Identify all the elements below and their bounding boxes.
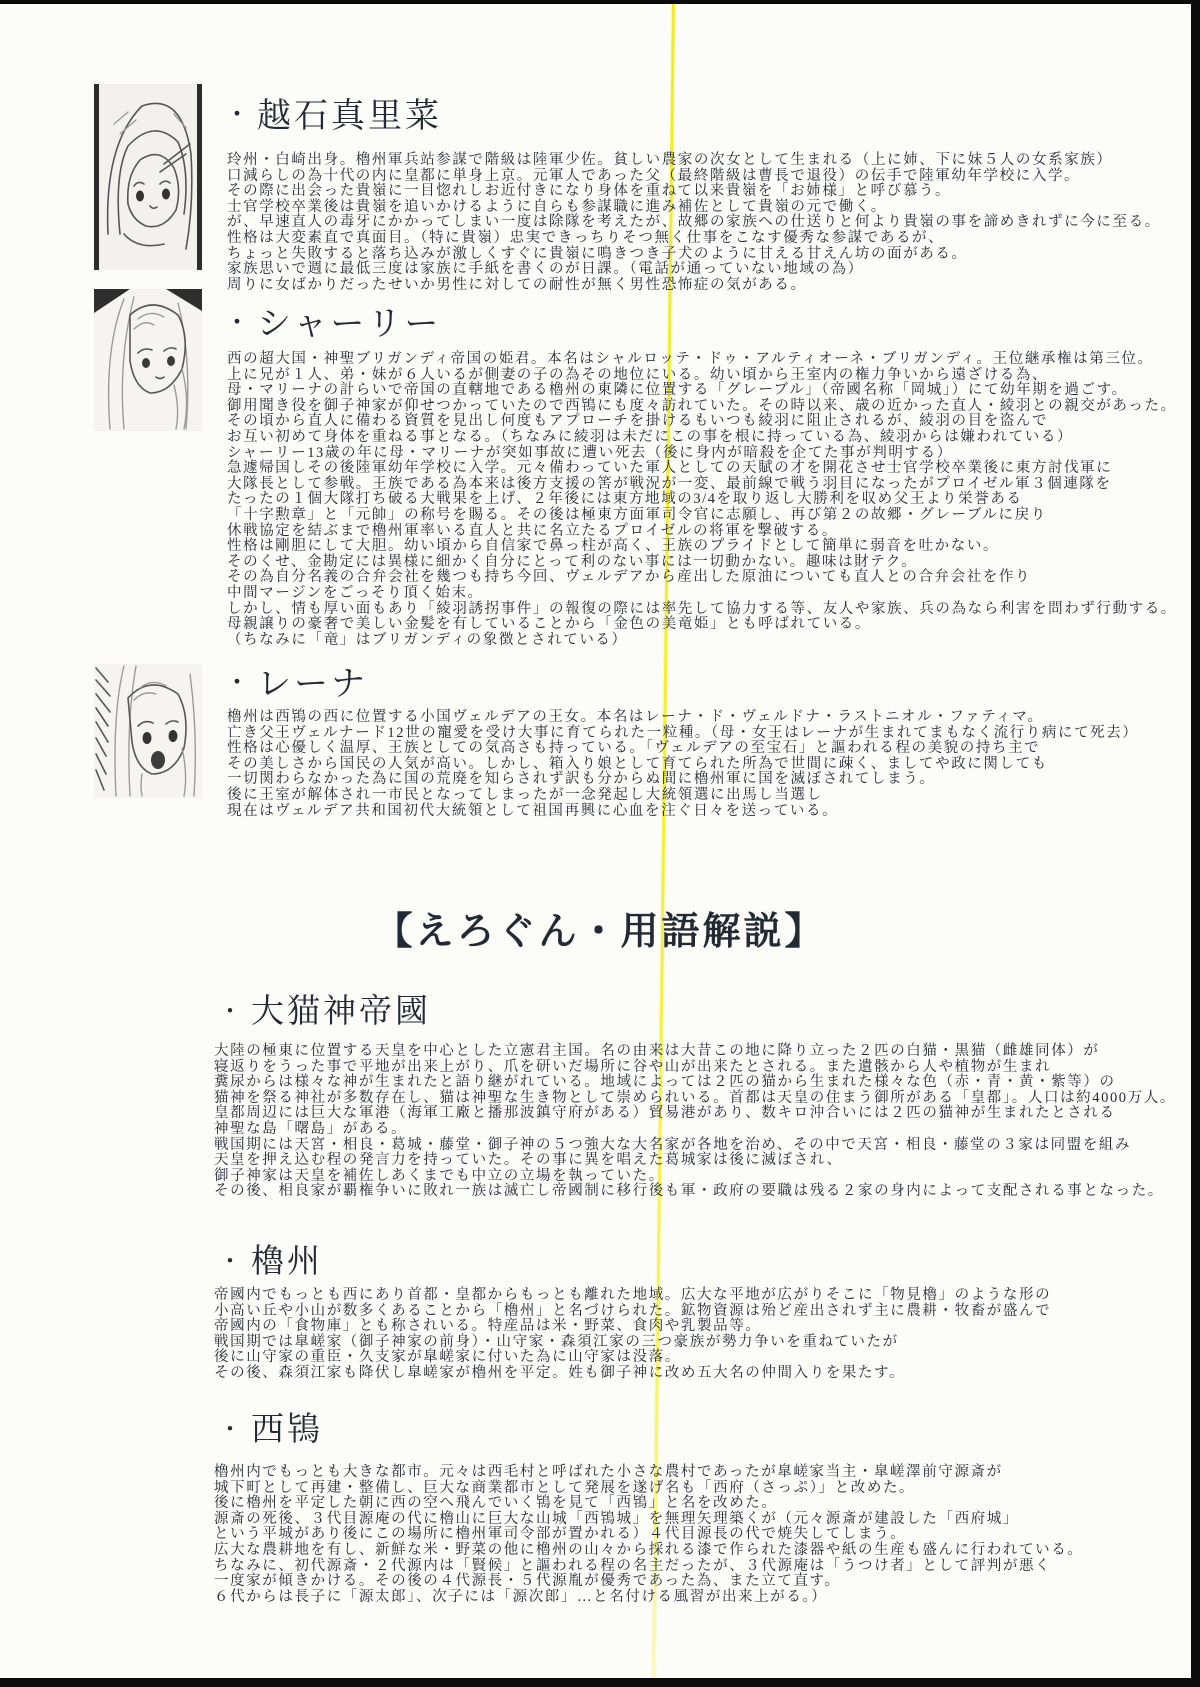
profile-text-line: たったの１個大隊打ち破る大戦果を上げ、２年後には東方地域の3/4を取り返し大勝利… bbox=[227, 492, 1177, 508]
profile-text-line: 「十字勲章」と「元帥」の称号を賜る。その後は極東方面軍司令官に志願し、再び第２の… bbox=[227, 508, 1177, 524]
glossary-text-line: 後に山守家の重臣・久支家が皐嵯家に付いた為に山守家は没落。 bbox=[214, 1350, 1051, 1366]
page-edge-top bbox=[0, 0, 1200, 4]
glossary-text-line: 帝國内の「食物庫」とも称されいる。特産品は米・野菜、食肉や乳製品等。 bbox=[214, 1319, 1051, 1335]
glossary-text-line: 寝返りをうった事で平地が出来上がり、爪を研いだ場所に谷や山が出来たとされる。また… bbox=[214, 1060, 1176, 1076]
profile-text-line: 急遽帰国しその後陸軍幼年学校に入学。元々備わっていた軍人としての天賦の才を開花さ… bbox=[227, 461, 1177, 477]
character-profile-text: 櫓州は西鴇の西に位置する小国ヴェルデアの王女。本名はレーナ・ド・ヴェルドナ・ラス… bbox=[227, 710, 1138, 819]
glossary-text-line: 広大な農耕地を有し、新鮮な米・野菜の他に櫓州の山々から採れる漆で作られた漆器や紙… bbox=[214, 1543, 1083, 1559]
profile-text-line: しかし、情も厚い面もあり「綾羽誘拐事件」の報復の際には率先して協力する等、友人や… bbox=[227, 602, 1177, 618]
profile-text-line: 櫓州は西鴇の西に位置する小国ヴェルデアの王女。本名はレーナ・ド・ヴェルドナ・ラス… bbox=[227, 710, 1138, 726]
glossary-entry-text: 大陸の極東に位置する天皇を中心とした立憲君主国。名の由来は大昔この地に降り立った… bbox=[214, 1044, 1176, 1200]
profile-text-line: 中間マージンをごっそり頂く始末。 bbox=[227, 586, 1177, 602]
character-name: シャーリー bbox=[257, 296, 441, 345]
character-name-heading: ・ シャーリー bbox=[224, 296, 441, 345]
profile-text-line: 休戦協定を結ぶまで櫓州軍率いる直人と共に名立たるプロイゼルの将軍を撃破する。 bbox=[227, 524, 1177, 540]
profile-text-line: 玲州・白崎出身。櫓州軍兵站参謀で階級は陸軍少佐。貧しい農家の次女として生まれる（… bbox=[227, 153, 1161, 169]
page-edge-right bbox=[1191, 0, 1200, 1687]
glossary-text-line: 小高い丘や小山が数多くあることから「櫓州」と名づけられた。鉱物資源は殆ど産出され… bbox=[214, 1304, 1051, 1320]
glossary-text-line: 後に櫓州を平定した朝に西の空へ飛んでいく鴇を見て「西鴇」と名を改めた。 bbox=[214, 1496, 1083, 1512]
profile-text-line: 性格は大変素直で真面目。（特に貴嶺）忠実できっちりそつ無く仕事をこなす優秀な参謀… bbox=[227, 231, 1161, 247]
profile-text-line: その頃から直人に備わる資質を見出し何度もアプローチを掛けるもいつも綾羽に阻止され… bbox=[227, 414, 1177, 430]
bullet-dot: ・ bbox=[224, 662, 253, 699]
glossary-entry-text: 帝國内でもっとも西にあり首都・皇都からもっとも離れた地域。広大な平地が広がりそこ… bbox=[214, 1288, 1051, 1382]
page-edge-bottom bbox=[0, 1678, 1200, 1687]
profile-text-line: その際に出会った貴嶺に一目惚れしお近付きになり身体を重ねて以来貴嶺を「お姉様」と… bbox=[227, 184, 1161, 200]
bullet-dot: ・ bbox=[224, 94, 253, 131]
bullet-dot: ・ bbox=[218, 1409, 245, 1444]
profile-text-line: お互い初めて身体を重ねる事となる。（ちなみに綾羽は未だにこの事を根に持っている為… bbox=[227, 430, 1177, 446]
profile-text-line: 周りに女ばかりだったせいか男性に対しての耐性が無く男性恐怖症の気がある。 bbox=[227, 278, 1161, 294]
profile-text-line: 一切関わらなかった為に国の荒廃を知らされず訳も分からぬ間に櫓州軍に国を滅ぼされて… bbox=[227, 772, 1138, 788]
profile-text-line: 大隊長として参戦。王族である為本来は後方支援の筈が戦況が一変、最前線で戦う羽目に… bbox=[227, 477, 1177, 493]
portrait-koshiishi-marina bbox=[94, 84, 202, 270]
profile-text-line: 後に王室が解体され一市民となってしまったが一念発起し大統領選に出馬し当選し bbox=[227, 788, 1138, 804]
saluting-girl-sketch bbox=[94, 84, 202, 270]
scanned-doujin-glossary-page: ・ 越石真里菜 玲州・白崎出身。櫓州軍兵站参謀で階級は陸軍少佐。貧しい農家の次女… bbox=[0, 0, 1200, 1687]
glossary-text-line: その後、森須江家も降伏し皐嵯家が櫓州を平定。姓も御子神に改め五大名の仲間入りを果… bbox=[214, 1366, 1051, 1382]
portrait-rena bbox=[94, 664, 202, 798]
profile-text-line: 家族思いで週に最低三度は家族に手紙を書くのが日課。（電話が通っていない地域の為） bbox=[227, 262, 1161, 278]
profile-text-line: その為自分名義の合弁会社を幾つも持ち今回、ヴェルデアから産出した原油についても直… bbox=[227, 570, 1177, 586]
profile-text-line: 上に兄が１人、弟・妹が６人いるが側妻の子の為その地位にいる。幼い頃から王室内の権… bbox=[227, 368, 1177, 384]
profile-text-line: 性格は剛胆にして大胆。幼い頃から自信家で鼻っ柱が高く、王族のプライドとして簡単に… bbox=[227, 539, 1177, 555]
character-profile-text: 西の超大国・神聖ブリガンディ帝国の姫君。本名はシャルロッテ・ドゥ・アルティオーネ… bbox=[227, 352, 1177, 648]
glossary-text-line: ちなみに、初代源斎・２代源内は「賢候」と謳われる程の名主だったが、３代源庵は「う… bbox=[214, 1559, 1083, 1575]
profile-text-line: 口減らしの為十代の内に皇都に単身上京。元軍人であった父（最終階級は曹長で退役）の… bbox=[227, 169, 1161, 185]
profile-text-line: 母・マリーナの計らいで帝国の直轄地である櫓州の東隣に位置する「グレーブル」（帝國… bbox=[227, 383, 1177, 399]
glossary-term-heading: ・ 櫓州 bbox=[218, 1235, 323, 1282]
glossary-text-line: ６代からは長子に「源太郎」、次子には「源次郎」…と名付ける風習が出来上がる。） bbox=[214, 1590, 1083, 1606]
glossary-text-line: 神聖な島「曙島」がある。 bbox=[214, 1122, 1176, 1138]
glossary-text-line: 皇都周辺には巨大な軍港（海軍工廠と播那波鎮守府がある）貿易港があり、数キロ沖合い… bbox=[214, 1106, 1176, 1122]
bullet-dot: ・ bbox=[218, 1241, 245, 1276]
long-haired-princess-sketch bbox=[94, 289, 202, 431]
glossary-text-line: 糞尿からは様々な神が生まれたと語り継がれている。地域によっては２匹の猫から生まれ… bbox=[214, 1075, 1176, 1091]
glossary-text-line: 城下町として再建・整備し、巨大な商業都市として発展を遂げ名も「西府（さっぷ）」と… bbox=[214, 1481, 1083, 1497]
profile-text-line: そのくせ、金勘定には異様に細かく自分にとって利のない事には一切動かない。趣味は財… bbox=[227, 555, 1177, 571]
glossary-term-heading: ・ 西鴇 bbox=[218, 1403, 323, 1450]
glossary-text-line: その後、相良家が覇権争いに敗れ一族は滅亡し帝國制に移行後も軍・政府の要職は残る２… bbox=[214, 1184, 1176, 1200]
bullet-dot: ・ bbox=[224, 302, 253, 339]
bullet-dot: ・ bbox=[218, 991, 245, 1026]
glossary-term: 櫓州 bbox=[251, 1235, 323, 1282]
profile-text-line: 母親譲りの豪奢で美しい金髪を有していることから「金色の美竜姫」とも呼ばれている。 bbox=[227, 617, 1177, 633]
glossary-text-line: 大陸の極東に位置する天皇を中心とした立憲君主国。名の由来は大昔この地に降り立った… bbox=[214, 1044, 1176, 1060]
character-name: 越石真里菜 bbox=[257, 88, 442, 137]
glossary-term-heading: ・ 大猫神帝國 bbox=[218, 985, 431, 1032]
profile-text-line: 現在はヴェルデア共和国初代大統領として祖国再興に心血を注ぐ日々を送っている。 bbox=[227, 804, 1138, 820]
glossary-text-line: 帝國内でもっとも西にあり首都・皇都からもっとも離れた地域。広大な平地が広がりそこ… bbox=[214, 1288, 1051, 1304]
profile-text-line: ちょっと失敗すると落ち込みが激しくすぐに貴嶺に鳴きつき子犬のように甘える甘えん坊… bbox=[227, 247, 1161, 263]
glossary-text-line: 戦国期には天宮・相良・葛城・藤堂・御子神の５つ強大な大名家が各地を治め、その中で… bbox=[214, 1138, 1176, 1154]
character-profile-text: 玲州・白崎出身。櫓州軍兵站参謀で階級は陸軍少佐。貧しい農家の次女として生まれる（… bbox=[227, 153, 1161, 293]
glossary-text-line: という平城があり後にこの場所に櫓州軍司令部が置かれる）４代目源長の代で焼失してし… bbox=[214, 1527, 1083, 1543]
profile-text-line: が、早速直人の毒牙にかかってしまい一度は除隊を考えたが、故郷の家族への仕送りと何… bbox=[227, 215, 1161, 231]
character-name: レーナ bbox=[257, 656, 368, 705]
section-title: 【えろぐん・用語解説】 bbox=[0, 900, 1200, 955]
glossary-entry-text: 櫓州内でもっとも大きな都市。元々は西毛村と呼ばれた小さな農村であったが皐嵯家当主… bbox=[214, 1465, 1083, 1605]
glossary-text-line: 一度家が傾きかける。その後の４代源長・５代源胤が優秀であった為、また立て直す。 bbox=[214, 1574, 1083, 1590]
surprised-girl-sketch bbox=[94, 664, 202, 798]
profile-text-line: 性格は心優しく温厚、王族としての気高さも持っている。「ヴェルデアの至宝石」と謳わ… bbox=[227, 741, 1138, 757]
glossary-text-line: 御子神家は天皇を補佐しあくまでも中立の立場を執っていた。 bbox=[214, 1169, 1176, 1185]
glossary-term: 大猫神帝國 bbox=[251, 985, 431, 1032]
portrait-shirley bbox=[94, 289, 202, 431]
glossary-text-line: 櫓州内でもっとも大きな都市。元々は西毛村と呼ばれた小さな農村であったが皐嵯家当主… bbox=[214, 1465, 1083, 1481]
profile-text-line: （ちなみに「竜」はブリガンディの象徴とされている） bbox=[227, 633, 1177, 649]
glossary-text-line: 天皇を押え込む程の発言力を持っていた。その事に異を唱えた葛城家は後に滅ぼされ、 bbox=[214, 1153, 1176, 1169]
glossary-term: 西鴇 bbox=[251, 1403, 323, 1450]
character-name-heading: ・ 越石真里菜 bbox=[224, 88, 442, 137]
profile-text-line: 亡き父王ヴェルナード12世の寵愛を受け大事に育てられた一粒種。（母・女王はレーナ… bbox=[227, 726, 1138, 742]
profile-text-line: 西の超大国・神聖ブリガンディ帝国の姫君。本名はシャルロッテ・ドゥ・アルティオーネ… bbox=[227, 352, 1177, 368]
profile-text-line: シャーリー13歳の年に母・マリーナが突如事故に遭い死去（後に身内が暗殺を企てた事… bbox=[227, 446, 1177, 462]
character-name-heading: ・ レーナ bbox=[224, 656, 368, 705]
